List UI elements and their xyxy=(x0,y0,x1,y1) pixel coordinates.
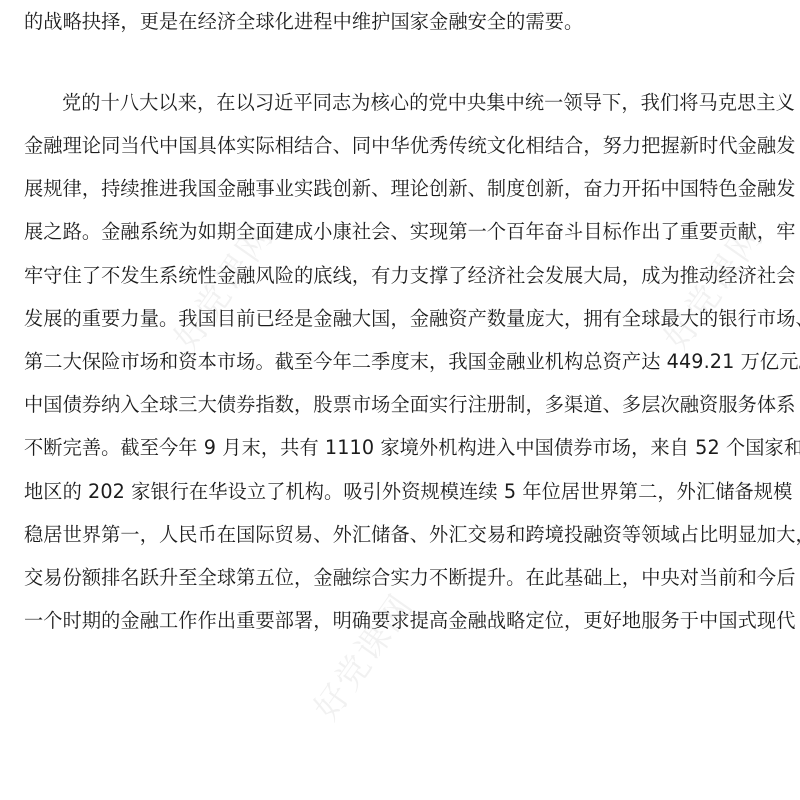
paragraph-line: 党的十八大以来，在以习近平同志为核心的党中央集中统一领导下，我们将马克思主义 xyxy=(62,88,800,118)
paragraph-line: 中国债券纳入全球三大债券指数，股票市场全面实行注册制，多渠道、多层次融资服务体系 xyxy=(24,390,784,420)
paragraph-line: 牢守住了不发生系统性金融风险的底线，有力支撑了经济社会发展大局，成为推动经济社会 xyxy=(24,261,784,291)
paragraph-line: 金融理论同当代中国具体实际相结合、同中华优秀传统文化相结合，努力把握新时代金融发 xyxy=(24,131,784,161)
paragraph-line: 不断完善。截至今年 9 月末，共有 1110 家境外机构进入中国债券市场，来自 … xyxy=(24,433,784,463)
document-page: 的战略抉择，更是在经济全球化进程中维护国家金融安全的需要。 党的十八大以来，在以… xyxy=(0,0,800,800)
paragraph-line: 展之路。金融系统为如期全面建成小康社会、实现第一个百年奋斗目标作出了重要贡献，牢 xyxy=(24,217,784,247)
paragraph-line: 一个时期的金融工作作出重要部署，明确要求提高金融战略定位，更好地服务于中国式现代 xyxy=(24,606,784,636)
paragraph-line: 稳居世界第一，人民币在国际贸易、外汇储备、外汇交易和跨境投融资等领域占比明显加大… xyxy=(24,520,784,550)
paragraph-line: 地区的 202 家银行在华设立了机构。吸引外资规模连续 5 年位居世界第二，外汇… xyxy=(24,477,784,507)
paragraph-line: 第二大保险市场和资本市场。截至今年二季度末，我国金融业机构总资产达 449.21… xyxy=(24,347,784,377)
paragraph-line: 展规律，持续推进我国金融事业实践创新、理论创新、制度创新，奋力开拓中国特色金融发 xyxy=(24,174,784,204)
paragraph-line: 的战略抉择，更是在经济全球化进程中维护国家金融安全的需要。 xyxy=(24,7,784,37)
paragraph-line: 交易份额排名跃升至全球第五位，金融综合实力不断提升。在此基础上，中央对当前和今后 xyxy=(24,563,784,593)
paragraph-line: 发展的重要力量。我国目前已经是金融大国，金融资产数量庞大，拥有全球最大的银行市场… xyxy=(24,304,784,334)
